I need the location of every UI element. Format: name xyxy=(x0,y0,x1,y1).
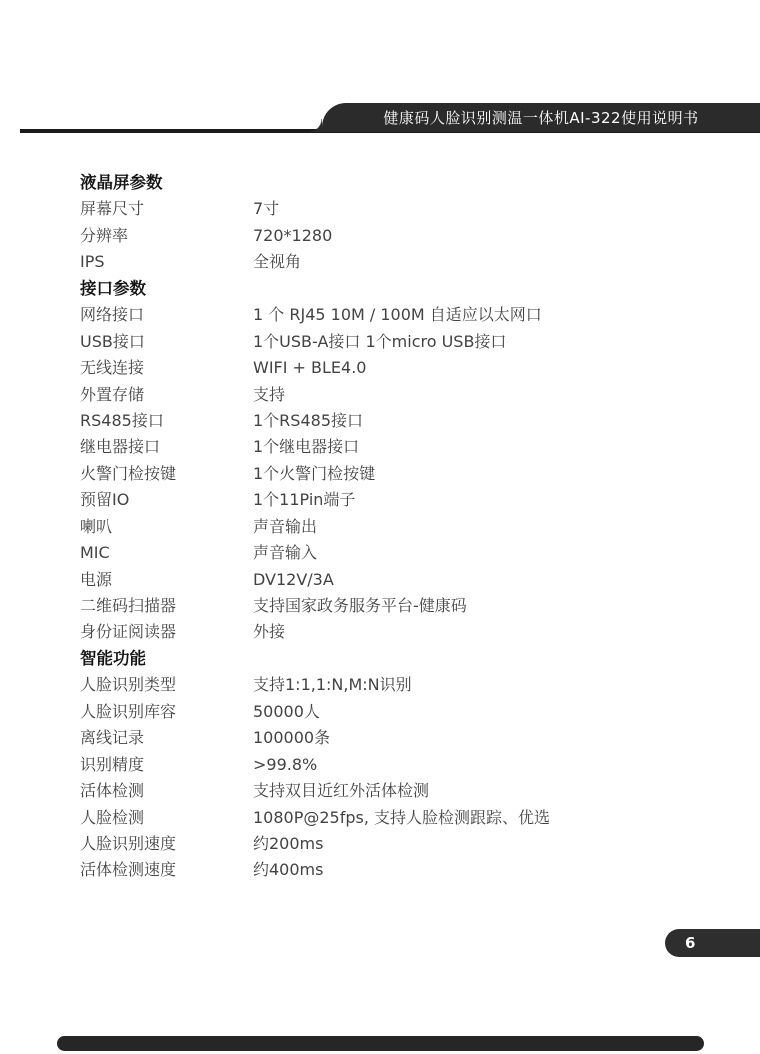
spec-list: 液晶屏参数屏幕尺寸7寸分辨率720*1280IPS全视角接口参数网络接口1 个 … xyxy=(80,170,700,884)
spec-row: 活体检测支持双目近红外活体检测 xyxy=(80,778,700,804)
spec-label: RS485接口 xyxy=(80,408,253,434)
spec-value: >99.8% xyxy=(253,752,700,778)
spec-row: 电源DV12V/3A xyxy=(80,567,700,593)
spec-row: IPS全视角 xyxy=(80,249,700,275)
spec-row: 预留IO1个11Pin端子 xyxy=(80,487,700,513)
spec-row: 分辨率720*1280 xyxy=(80,223,700,249)
spec-value: 支持1:1,1:N,M:N识别 xyxy=(253,672,700,698)
spec-row: 活体检测速度约400ms xyxy=(80,857,700,883)
section-title: 液晶屏参数 xyxy=(80,170,700,196)
spec-row: 离线记录100000条 xyxy=(80,725,700,751)
spec-row: 身份证阅读器外接 xyxy=(80,619,700,645)
spec-label: 身份证阅读器 xyxy=(80,619,253,645)
spec-value: 声音输入 xyxy=(253,540,700,566)
spec-label: 预留IO xyxy=(80,487,253,513)
spec-value: 约200ms xyxy=(253,831,700,857)
spec-value: 外接 xyxy=(253,619,700,645)
spec-label: 无线连接 xyxy=(80,355,253,381)
spec-label: 喇叭 xyxy=(80,514,253,540)
spec-row: MIC声音输入 xyxy=(80,540,700,566)
spec-row: 喇叭声音输出 xyxy=(80,514,700,540)
spec-row: 网络接口1 个 RJ45 10M / 100M 自适应以太网口 xyxy=(80,302,700,328)
spec-label: 分辨率 xyxy=(80,223,253,249)
spec-label: MIC xyxy=(80,540,253,566)
page-number: 6 xyxy=(685,934,695,952)
spec-row: 继电器接口1个继电器接口 xyxy=(80,434,700,460)
spec-value: 支持 xyxy=(253,382,700,408)
spec-label: USB接口 xyxy=(80,329,253,355)
section-title: 智能功能 xyxy=(80,646,700,672)
spec-row: 人脸检测1080P@25fps, 支持人脸检测跟踪、优选 xyxy=(80,805,700,831)
spec-value: 1 个 RJ45 10M / 100M 自适应以太网口 xyxy=(253,302,700,328)
spec-value: 720*1280 xyxy=(253,223,700,249)
spec-value: 全视角 xyxy=(253,249,700,275)
spec-value: 1080P@25fps, 支持人脸检测跟踪、优选 xyxy=(253,805,700,831)
spec-value: 1个火警门检按键 xyxy=(253,461,700,487)
spec-label: 人脸识别速度 xyxy=(80,831,253,857)
footer-bar xyxy=(57,1036,704,1051)
spec-label: 人脸识别类型 xyxy=(80,672,253,698)
spec-value: 100000条 xyxy=(253,725,700,751)
spec-value: 声音输出 xyxy=(253,514,700,540)
spec-value: 约400ms xyxy=(253,857,700,883)
spec-label: 人脸检测 xyxy=(80,805,253,831)
manual-title: 健康码人脸识别测温一体机AI-322使用说明书 xyxy=(383,107,698,128)
spec-label: 屏幕尺寸 xyxy=(80,196,253,222)
spec-label: 活体检测 xyxy=(80,778,253,804)
spec-label: 继电器接口 xyxy=(80,434,253,460)
spec-row: 人脸识别速度约200ms xyxy=(80,831,700,857)
spec-row: 屏幕尺寸7寸 xyxy=(80,196,700,222)
spec-value: 支持双目近红外活体检测 xyxy=(253,778,700,804)
spec-row: 二维码扫描器支持国家政务服务平台-健康码 xyxy=(80,593,700,619)
spec-value: 1个USB-A接口 1个micro USB接口 xyxy=(253,329,700,355)
header-tab: 健康码人脸识别测温一体机AI-322使用说明书 xyxy=(322,103,760,132)
spec-row: 外置存储支持 xyxy=(80,382,700,408)
spec-value: 7寸 xyxy=(253,196,700,222)
spec-value: DV12V/3A xyxy=(253,567,700,593)
spec-label: 电源 xyxy=(80,567,253,593)
spec-label: 外置存储 xyxy=(80,382,253,408)
spec-label: 人脸识别库容 xyxy=(80,699,253,725)
spec-label: 二维码扫描器 xyxy=(80,593,253,619)
spec-label: IPS xyxy=(80,249,253,275)
section-title: 接口参数 xyxy=(80,276,700,302)
spec-label: 网络接口 xyxy=(80,302,253,328)
spec-row: 人脸识别类型支持1:1,1:N,M:N识别 xyxy=(80,672,700,698)
spec-row: USB接口1个USB-A接口 1个micro USB接口 xyxy=(80,329,700,355)
spec-label: 火警门检按键 xyxy=(80,461,253,487)
spec-value: WIFI + BLE4.0 xyxy=(253,355,700,381)
spec-label: 离线记录 xyxy=(80,725,253,751)
spec-row: 人脸识别库容50000人 xyxy=(80,699,700,725)
spec-label: 识别精度 xyxy=(80,752,253,778)
spec-row: 识别精度>99.8% xyxy=(80,752,700,778)
spec-row: 火警门检按键1个火警门检按键 xyxy=(80,461,700,487)
spec-value: 1个RS485接口 xyxy=(253,408,700,434)
spec-label: 活体检测速度 xyxy=(80,857,253,883)
spec-value: 支持国家政务服务平台-健康码 xyxy=(253,593,700,619)
page-number-badge: 6 xyxy=(665,929,760,957)
spec-value: 1个11Pin端子 xyxy=(253,487,700,513)
spec-value: 1个继电器接口 xyxy=(253,434,700,460)
spec-row: 无线连接WIFI + BLE4.0 xyxy=(80,355,700,381)
spec-value: 50000人 xyxy=(253,699,700,725)
spec-row: RS485接口1个RS485接口 xyxy=(80,408,700,434)
